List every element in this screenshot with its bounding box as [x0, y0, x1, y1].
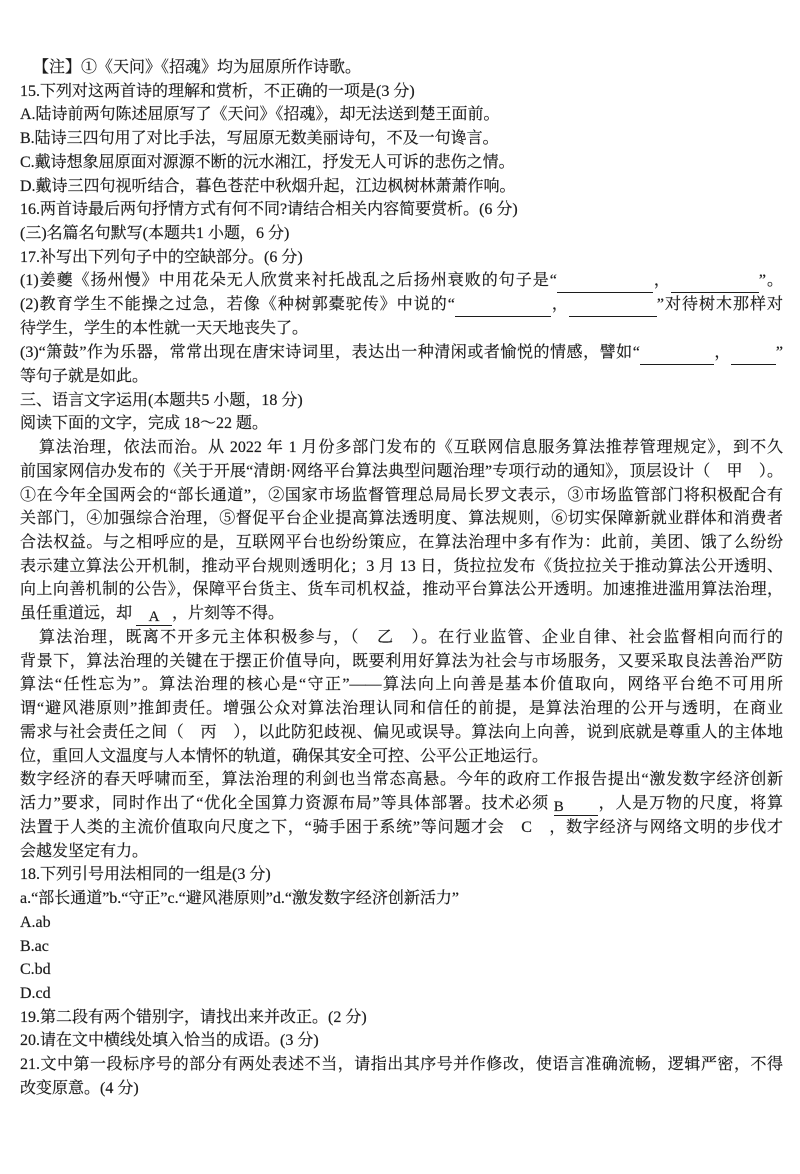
q15-option-a: A.陆诗前两句陈述屈原写了《天问》《招魂》，却无法送到楚王面前。: [20, 103, 783, 127]
fill-blank: [671, 276, 759, 293]
passage-p3-line-4: 会越发坚定有力。: [20, 840, 783, 864]
document-body: 【注】①《天问》《招魂》均为屈原所作诗歌。15.下列对这两首诗的理解和赏析，不正…: [20, 56, 783, 1100]
q21-stem: 21.文中第一段标序号的部分有两处表述不当，请指出其序号并作修改，使语言准确流畅…: [20, 1053, 783, 1077]
section-heading-language-use: 三、语言文字运用(本题共5 小题，18 分): [20, 389, 783, 413]
q18-stem: 18.下列引号用法相同的一组是(3 分): [20, 863, 783, 887]
q18-option-c: C.bd: [20, 958, 783, 982]
passage-p1-line-7: 向上向善机制的公告》，保障平台货主、货车司机权益，推动平台算法公开透明。加速推进…: [20, 578, 783, 602]
passage-p2-line-6: 位，重回人文温度与人本情怀的轨道，确保其安全可控、公平公正地运行。: [20, 745, 783, 769]
q18-quote-items: a.“部长通道”b.“守正”c.“避风港原则”d.“激发数字经济创新活力”: [20, 887, 783, 911]
passage-p2-line-4: 谓“避风港原则”推卸责任。增强公众对算法治理认同和信任的前提，是算法治理的公开与…: [20, 697, 783, 721]
fill-blank: [731, 348, 776, 365]
exam-paper-page: 【注】①《天问》《招魂》均为屈原所作诗歌。15.下列对这两首诗的理解和赏析，不正…: [0, 0, 800, 1174]
fill-blank: [455, 300, 551, 317]
q17-item-3: (3)“箫鼓”作为乐器，常常出现在唐宋诗词里，表达出一种清闲或者愉悦的情感，譬如…: [20, 341, 783, 365]
passage-p3-line-1: 数字经济的春天呼啸而至，算法治理的利剑也当常态高悬。今年的政府工作报告提出“激发…: [20, 768, 783, 792]
passage-p2-line-3: 算法“任性忘为”。算法治理的核心是“守正”——算法向上向善是基本价值取向，网络平…: [20, 673, 783, 697]
passage-p2-line-2: 背景下，算法治理的关键在于摆正价值导向，既要利用好算法为社会与市场服务，又要采取…: [20, 650, 783, 674]
passage-p3-line-2: 活力”要求，同时作出了“优化全国算力资源布局”等具体部署。技术必须 B，人是万物…: [20, 792, 783, 816]
passage-p2-line-1: 算法治理，既离不开多元主体积极参与，（ 乙 ）。在行业监管、企业自律、社会监督相…: [20, 626, 783, 650]
q18-option-d: D.cd: [20, 982, 783, 1006]
passage-p1-line-3: ①在今年全国两会的“部长通道”，②国家市场监督管理总局局长罗文表示，③市场监管部…: [20, 484, 783, 508]
reading-instruction: 阅读下面的文字，完成 18～22 题。: [20, 412, 783, 436]
q17-item-2-cont: 待学生，学生的本性就一天天地丧失了。: [20, 317, 783, 341]
passage-p2-line-5: 需求与社会责任之间（ 丙 ），以此防犯歧视、偏见或误导。算法向上向善，说到底就是…: [20, 721, 783, 745]
q18-option-a: A.ab: [20, 911, 783, 935]
q15-option-b: B.陆诗三四句用了对比手法，写屈原无数美丽诗句，不及一句谗言。: [20, 127, 783, 151]
q15-stem: 15.下列对这两首诗的理解和赏析，不正确的一项是(3 分): [20, 80, 783, 104]
fill-blank-b: B: [554, 799, 598, 816]
fill-blank: [569, 300, 657, 317]
passage-p1-line-5: 合法权益。与之相呼应的是，互联网平台也纷纷策应，在算法治理中多有作为：此前，美团…: [20, 531, 783, 555]
q18-option-b: B.ac: [20, 935, 783, 959]
q21-stem-cont: 改变原意。(4 分): [20, 1077, 783, 1101]
passage-p1-line-6: 表示建立算法公开机制，推动平台规则透明化；3 月 13 日，货拉拉发布《货拉拉关…: [20, 555, 783, 579]
note-line: 【注】①《天问》《招魂》均为屈原所作诗歌。: [20, 56, 783, 80]
q17-item-1: (1)姜夔《扬州慢》中用花朵无人欣赏来衬托战乱之后扬州衰败的句子是“ ， ”。: [20, 269, 783, 293]
passage-p1-line-2: 前国家网信办发布的《关于开展“清朗·网络平台算法典型问题治理”专项行动的通知》，…: [20, 460, 783, 484]
q17-stem: 17.补写出下列句子中的空缺部分。(6 分): [20, 246, 783, 270]
q16-stem: 16.两首诗最后两句抒情方式有何不同?请结合相关内容简要赏析。(6 分): [20, 198, 783, 222]
q15-option-c: C.戴诗想象屈原面对源源不断的沅水湘江，抒发无人可诉的悲伤之情。: [20, 151, 783, 175]
fill-blank: [557, 276, 653, 293]
section-3-heading: (三)名篇名句默写(本题共1 小题，6 分): [20, 222, 783, 246]
passage-p3-line-3: 法置于人类的主流价值取向尺度之下，“骑手困于系统”等问题才会 C ，数字经济与网…: [20, 816, 783, 840]
q17-item-3-cont: 等句子就是如此。: [20, 365, 783, 389]
fill-blank: [640, 348, 714, 365]
q17-item-2: (2)教育学生不能操之过急，若像《种树郭橐驼传》中说的“ ， ”对待树木那样对: [20, 293, 783, 317]
fill-blank-a: A: [136, 609, 172, 626]
q15-option-d: D.戴诗三四句视听结合，暮色苍茫中秋烟升起，江边枫树林萧萧作响。: [20, 175, 783, 199]
q20-stem: 20.请在文中横线处填入恰当的成语。(3 分): [20, 1029, 783, 1053]
passage-p1-line-8: 虽任重道远，却 A，片刻等不得。: [20, 602, 783, 626]
passage-p1-line-1: 算法治理，依法而治。从 2022 年 1 月份多部门发布的《互联网信息服务算法推…: [20, 436, 783, 460]
passage-p1-line-4: 关部门，④加强综合治理，⑤督促平台企业提高算法透明度、算法规则，⑥切实保障新就业…: [20, 507, 783, 531]
q19-stem: 19.第二段有两个错别字，请找出来并改正。(2 分): [20, 1006, 783, 1030]
